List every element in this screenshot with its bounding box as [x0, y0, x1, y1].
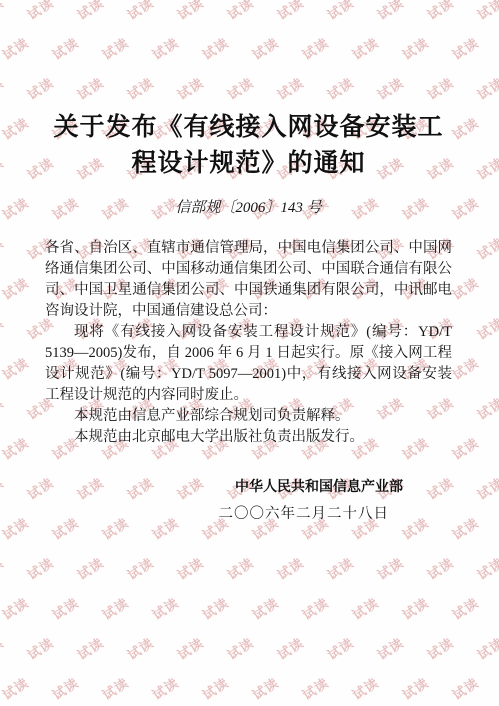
watermark-text: 试读: [298, 672, 332, 703]
document-number: 信部规〔2006〕143 号: [45, 196, 452, 217]
watermark-text: 试读: [198, 672, 232, 703]
watermark-text: 试读: [323, 632, 357, 663]
watermark-text: 试读: [173, 552, 207, 583]
watermark-text: 试读: [148, 672, 182, 703]
watermark-text: 试读: [98, 672, 132, 703]
watermark-text: 试读: [298, 592, 332, 623]
watermark-text: 试读: [148, 592, 182, 623]
watermark-text: 试读: [48, 592, 82, 623]
watermark-text: 试读: [373, 632, 407, 663]
paragraph: 现将《有线接入网设备安装工程设计规范》(编号：YD/T 5139—2005)发布…: [45, 322, 452, 406]
watermark-text: 试读: [273, 552, 307, 583]
paragraph: 本规范由北京邮电大学出版社负责出版发行。: [45, 427, 452, 448]
watermark-text: 试读: [23, 552, 57, 583]
paragraph: 各省、自治区、直辖市通信管理局，中国电信集团公司、中国网络通信集团公司、中国移动…: [45, 238, 452, 322]
watermark-text: 试读: [398, 672, 432, 703]
watermark-text: 试读: [348, 672, 382, 703]
document-content: 关于发布《有线接入网设备安装工 程设计规范》的通知 信部规〔2006〕143 号…: [0, 0, 499, 527]
title-line-1: 关于发布《有线接入网设备安装工: [45, 110, 452, 146]
watermark-text: 试读: [248, 592, 282, 623]
document-page: 试读试读试读试读试读试读试读试读试读试读试读试读试读试读试读试读试读试读试读试读…: [0, 0, 499, 706]
watermark-text: 试读: [23, 632, 57, 663]
watermark-text: 试读: [373, 552, 407, 583]
title-line-2: 程设计规范》的通知: [45, 146, 452, 182]
watermark-text: 试读: [348, 592, 382, 623]
watermark-text: 试读: [423, 552, 457, 583]
watermark-text: 试读: [473, 632, 499, 663]
watermark-text: 试读: [123, 552, 157, 583]
watermark-text: 试读: [248, 672, 282, 703]
watermark-text: 试读: [223, 552, 257, 583]
watermark-text: 试读: [48, 672, 82, 703]
watermark-text: 试读: [73, 552, 107, 583]
watermark-text: 试读: [0, 592, 32, 623]
document-title: 关于发布《有线接入网设备安装工 程设计规范》的通知: [45, 110, 452, 182]
watermark-text: 试读: [0, 552, 7, 583]
watermark-text: 试读: [223, 632, 257, 663]
watermark-text: 试读: [323, 552, 357, 583]
watermark-text: 试读: [398, 592, 432, 623]
watermark-text: 试读: [198, 592, 232, 623]
watermark-text: 试读: [0, 672, 32, 703]
signature-block: 中华人民共和国信息产业部 二〇〇六年二月二十八日: [45, 475, 452, 527]
watermark-text: 试读: [98, 592, 132, 623]
watermark-text: 试读: [423, 632, 457, 663]
watermark-text: 试读: [473, 552, 499, 583]
watermark-text: 试读: [448, 592, 482, 623]
paragraph: 本规范由信息产业部综合规划司负责解释。: [45, 406, 452, 427]
watermark-text: 试读: [0, 632, 7, 663]
issue-date: 二〇〇六年二月二十八日: [45, 501, 452, 527]
watermark-text: 试读: [73, 632, 107, 663]
watermark-text: 试读: [123, 632, 157, 663]
watermark-text: 试读: [448, 672, 482, 703]
watermark-text: 试读: [273, 632, 307, 663]
issuing-authority: 中华人民共和国信息产业部: [45, 475, 452, 501]
document-body: 各省、自治区、直辖市通信管理局，中国电信集团公司、中国网络通信集团公司、中国移动…: [45, 238, 452, 448]
watermark-text: 试读: [173, 632, 207, 663]
